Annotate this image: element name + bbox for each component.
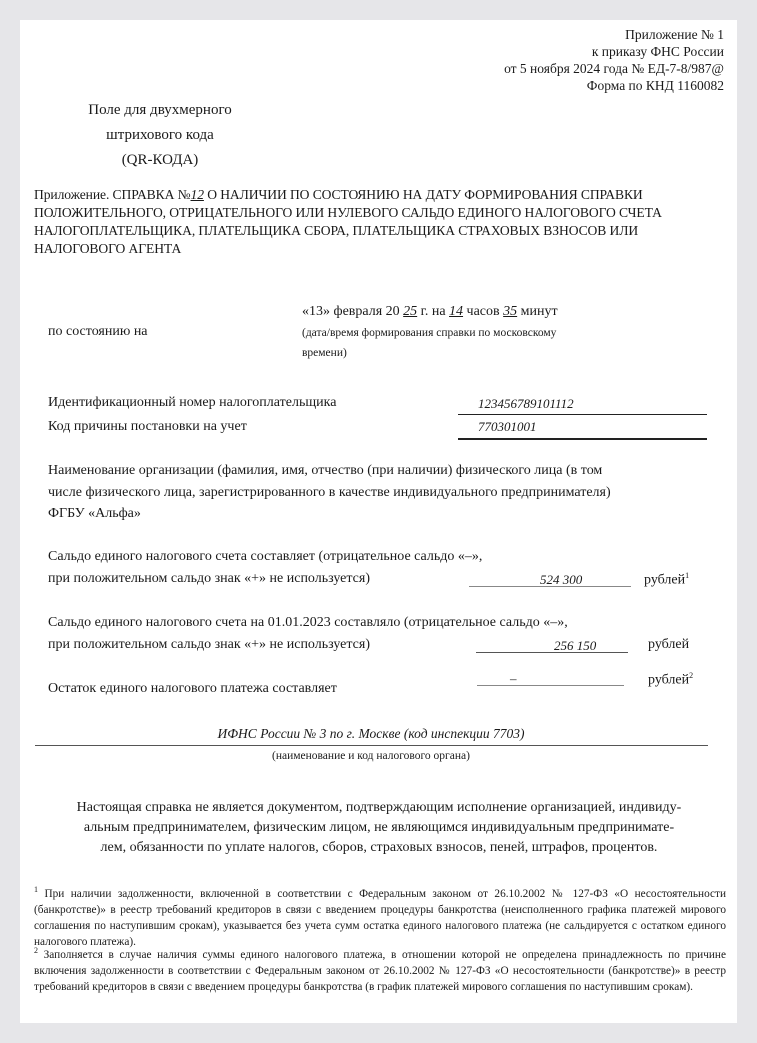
- balance-underline: [469, 586, 631, 587]
- org-label: Наименование организации (фамилия, имя, …: [48, 463, 602, 479]
- balance-2023-label: при положительном сальдо знак «+» не исп…: [48, 637, 370, 653]
- header-line: от 5 ноября 2024 года № ЕД-7-8/987@: [504, 60, 724, 77]
- balance-unit: рублей1: [644, 571, 689, 589]
- inn-value: 123456789101112: [478, 396, 574, 412]
- certificate-number: 12: [191, 187, 204, 202]
- footnote-text: При наличии задолженности, включенной в …: [34, 888, 726, 948]
- hours: 14: [449, 304, 463, 319]
- org-name: ФГБУ «Альфа»: [48, 506, 141, 522]
- day: «13»: [302, 304, 330, 319]
- qr-label-line: штрихового кода: [60, 123, 260, 148]
- footnote-2: 2 Заполняется в случае наличия суммы еди…: [34, 943, 726, 995]
- remainder-underline: [477, 685, 624, 686]
- inn-label: Идентификационный номер налогоплательщик…: [48, 395, 336, 411]
- qr-code-field: Поле для двухмерного штрихового кода (QR…: [60, 98, 260, 173]
- footnote-ref: 1: [685, 571, 689, 580]
- hours-label: часов: [467, 304, 500, 319]
- g-na: г. на: [421, 304, 446, 319]
- disclaimer-line: лем, обязанности по уплате налогов, сбор…: [34, 838, 724, 858]
- remainder-unit: рублей2: [648, 671, 693, 689]
- disclaimer: Настоящая справка не является документом…: [34, 798, 724, 858]
- qr-label-line: (QR-КОДА): [60, 148, 260, 173]
- footnote-1: 1 При наличии задолженности, включенной …: [34, 882, 726, 950]
- as-of-datetime: «13» февраля 20 25 г. на 14 часов 35 мин…: [302, 304, 558, 320]
- year: 25: [403, 304, 417, 319]
- balance-label: Сальдо единого налогового счета составля…: [48, 549, 482, 565]
- kpp-label: Код причины постановки на учет: [48, 419, 247, 435]
- balance-2023-label: Сальдо единого налогового счета на 01.01…: [48, 615, 568, 631]
- kpp-value: 770301001: [478, 419, 537, 435]
- as-of-hint: (дата/время формирования справки по моск…: [302, 327, 556, 339]
- header-line: Приложение № 1: [504, 26, 724, 43]
- remainder-label: Остаток единого налогового платежа соста…: [48, 681, 337, 697]
- footnote-ref: 2: [689, 671, 693, 680]
- as-of-hint: времени): [302, 347, 347, 359]
- footnote-text: Заполняется в случае наличия суммы едино…: [34, 949, 726, 993]
- balance-2023-unit: рублей: [648, 637, 689, 653]
- disclaimer-line: альным предпринимателем, физическим лицо…: [34, 818, 724, 838]
- balance-2023-underline: [476, 652, 628, 653]
- document-page: Приложение № 1 к приказу ФНС России от 5…: [20, 20, 737, 1023]
- title-prefix: Приложение. СПРАВКА №: [34, 187, 191, 202]
- document-title: Приложение. СПРАВКА №12 О НАЛИЧИИ ПО СОС…: [34, 186, 724, 258]
- minutes-label: минут: [521, 304, 558, 319]
- org-label: числе физического лица, зарегистрированн…: [48, 485, 611, 501]
- qr-label-line: Поле для двухмерного: [60, 98, 260, 123]
- kpp-underline: [458, 438, 707, 440]
- header-line: к приказу ФНС России: [504, 43, 724, 60]
- tax-authority-caption: (наименование и код налогового органа): [34, 750, 708, 762]
- tax-authority-underline: [35, 745, 708, 746]
- minutes: 35: [503, 304, 517, 319]
- month: февраля 20: [334, 304, 400, 319]
- disclaimer-line: Настоящая справка не является документом…: [34, 798, 724, 818]
- inn-underline: [458, 414, 707, 415]
- header-block: Приложение № 1 к приказу ФНС России от 5…: [504, 26, 724, 94]
- tax-authority-value: ИФНС России № 3 по г. Москве (код инспек…: [34, 726, 708, 742]
- balance-label: при положительном сальдо знак «+» не исп…: [48, 571, 370, 587]
- as-of-label: по состоянию на: [48, 324, 148, 340]
- header-line: Форма по КНД 1160082: [504, 77, 724, 94]
